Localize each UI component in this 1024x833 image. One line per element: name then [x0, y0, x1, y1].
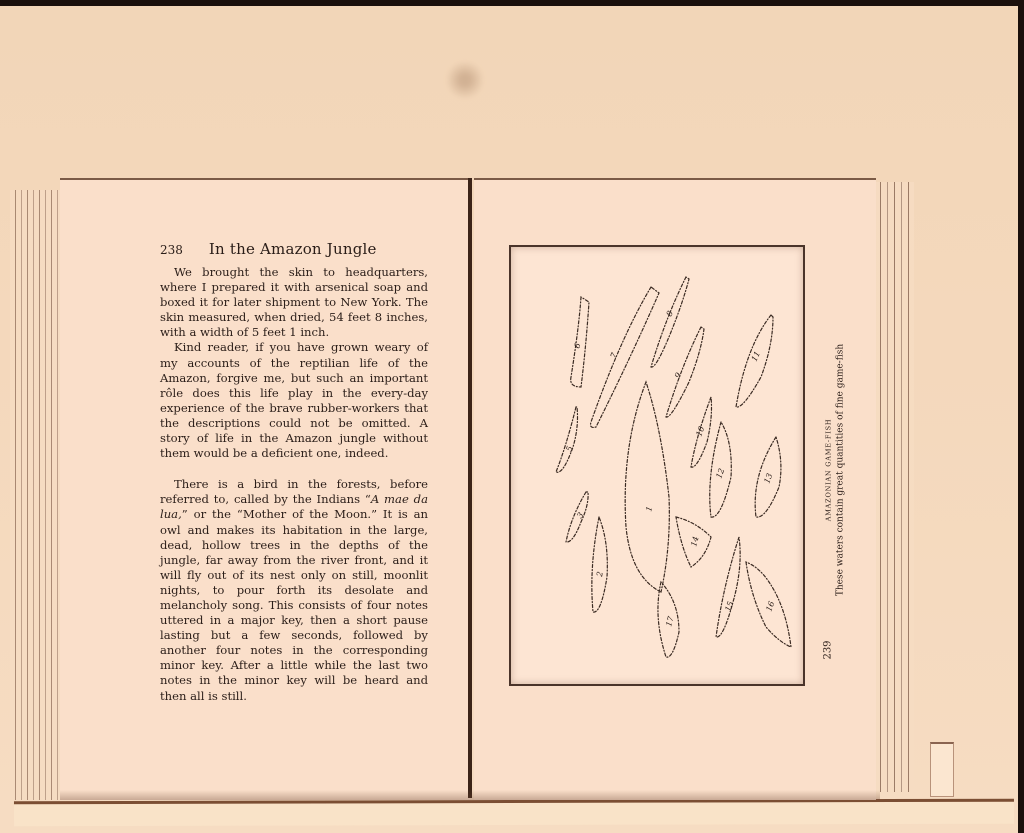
fish-drawings: 6 7 8 9 11 5 1 10 12 13 3 2 14 17 15 16 — [511, 247, 803, 684]
fish-2 — [592, 517, 607, 612]
svg-text:12: 12 — [714, 467, 726, 480]
fish-9 — [666, 327, 704, 417]
plate-caption-title: AMAZONIAN GAME-FISH — [825, 344, 833, 596]
svg-text:17: 17 — [664, 614, 676, 627]
svg-text:14: 14 — [689, 535, 700, 547]
book-gutter — [468, 178, 472, 798]
plate-caption: AMAZONIAN GAME-FISH These waters contain… — [825, 344, 846, 596]
svg-text:3: 3 — [575, 511, 585, 520]
bottom-shadow — [60, 790, 880, 800]
right-page-edges — [874, 182, 914, 792]
svg-text:13: 13 — [762, 472, 774, 485]
paragraph-1: We brought the skin to headquarters, whe… — [160, 265, 428, 340]
svg-text:10: 10 — [694, 425, 706, 438]
left-page-number: 238 — [160, 243, 183, 257]
bookmark-tab — [930, 742, 954, 797]
fish-1 — [625, 382, 669, 592]
book-title: In the Amazon Jungle — [209, 240, 377, 258]
right-page-number: 239 — [823, 640, 834, 659]
paragraph-3: There is a bird in the forests, before r… — [160, 477, 428, 703]
paragraph-3-end: ” or the “Mother of the Moon.” It is an … — [160, 507, 428, 702]
fish-7 — [591, 287, 659, 427]
paragraph-2: Kind reader, if you have grown weary of … — [160, 340, 428, 461]
svg-text:8: 8 — [665, 309, 675, 317]
svg-text:6: 6 — [572, 342, 582, 350]
svg-text:16: 16 — [764, 600, 776, 613]
base-strip — [14, 799, 1014, 827]
svg-text:2: 2 — [595, 571, 605, 579]
fish-5 — [556, 407, 578, 472]
left-page-body: We brought the skin to headquarters, whe… — [160, 265, 428, 704]
plate-caption-text: These waters contain great quantities of… — [836, 344, 846, 596]
ink-smudge — [445, 55, 485, 105]
fish-plate-illustration: 6 7 8 9 11 5 1 10 12 13 3 2 14 17 15 16 — [509, 245, 805, 686]
fish-8 — [651, 277, 689, 367]
svg-text:11: 11 — [750, 350, 762, 363]
fish-15 — [716, 537, 740, 637]
svg-text:15: 15 — [723, 600, 735, 613]
left-page-edges — [10, 190, 62, 800]
svg-text:1: 1 — [644, 505, 654, 512]
running-head: 238 In the Amazon Jungle — [160, 240, 450, 258]
